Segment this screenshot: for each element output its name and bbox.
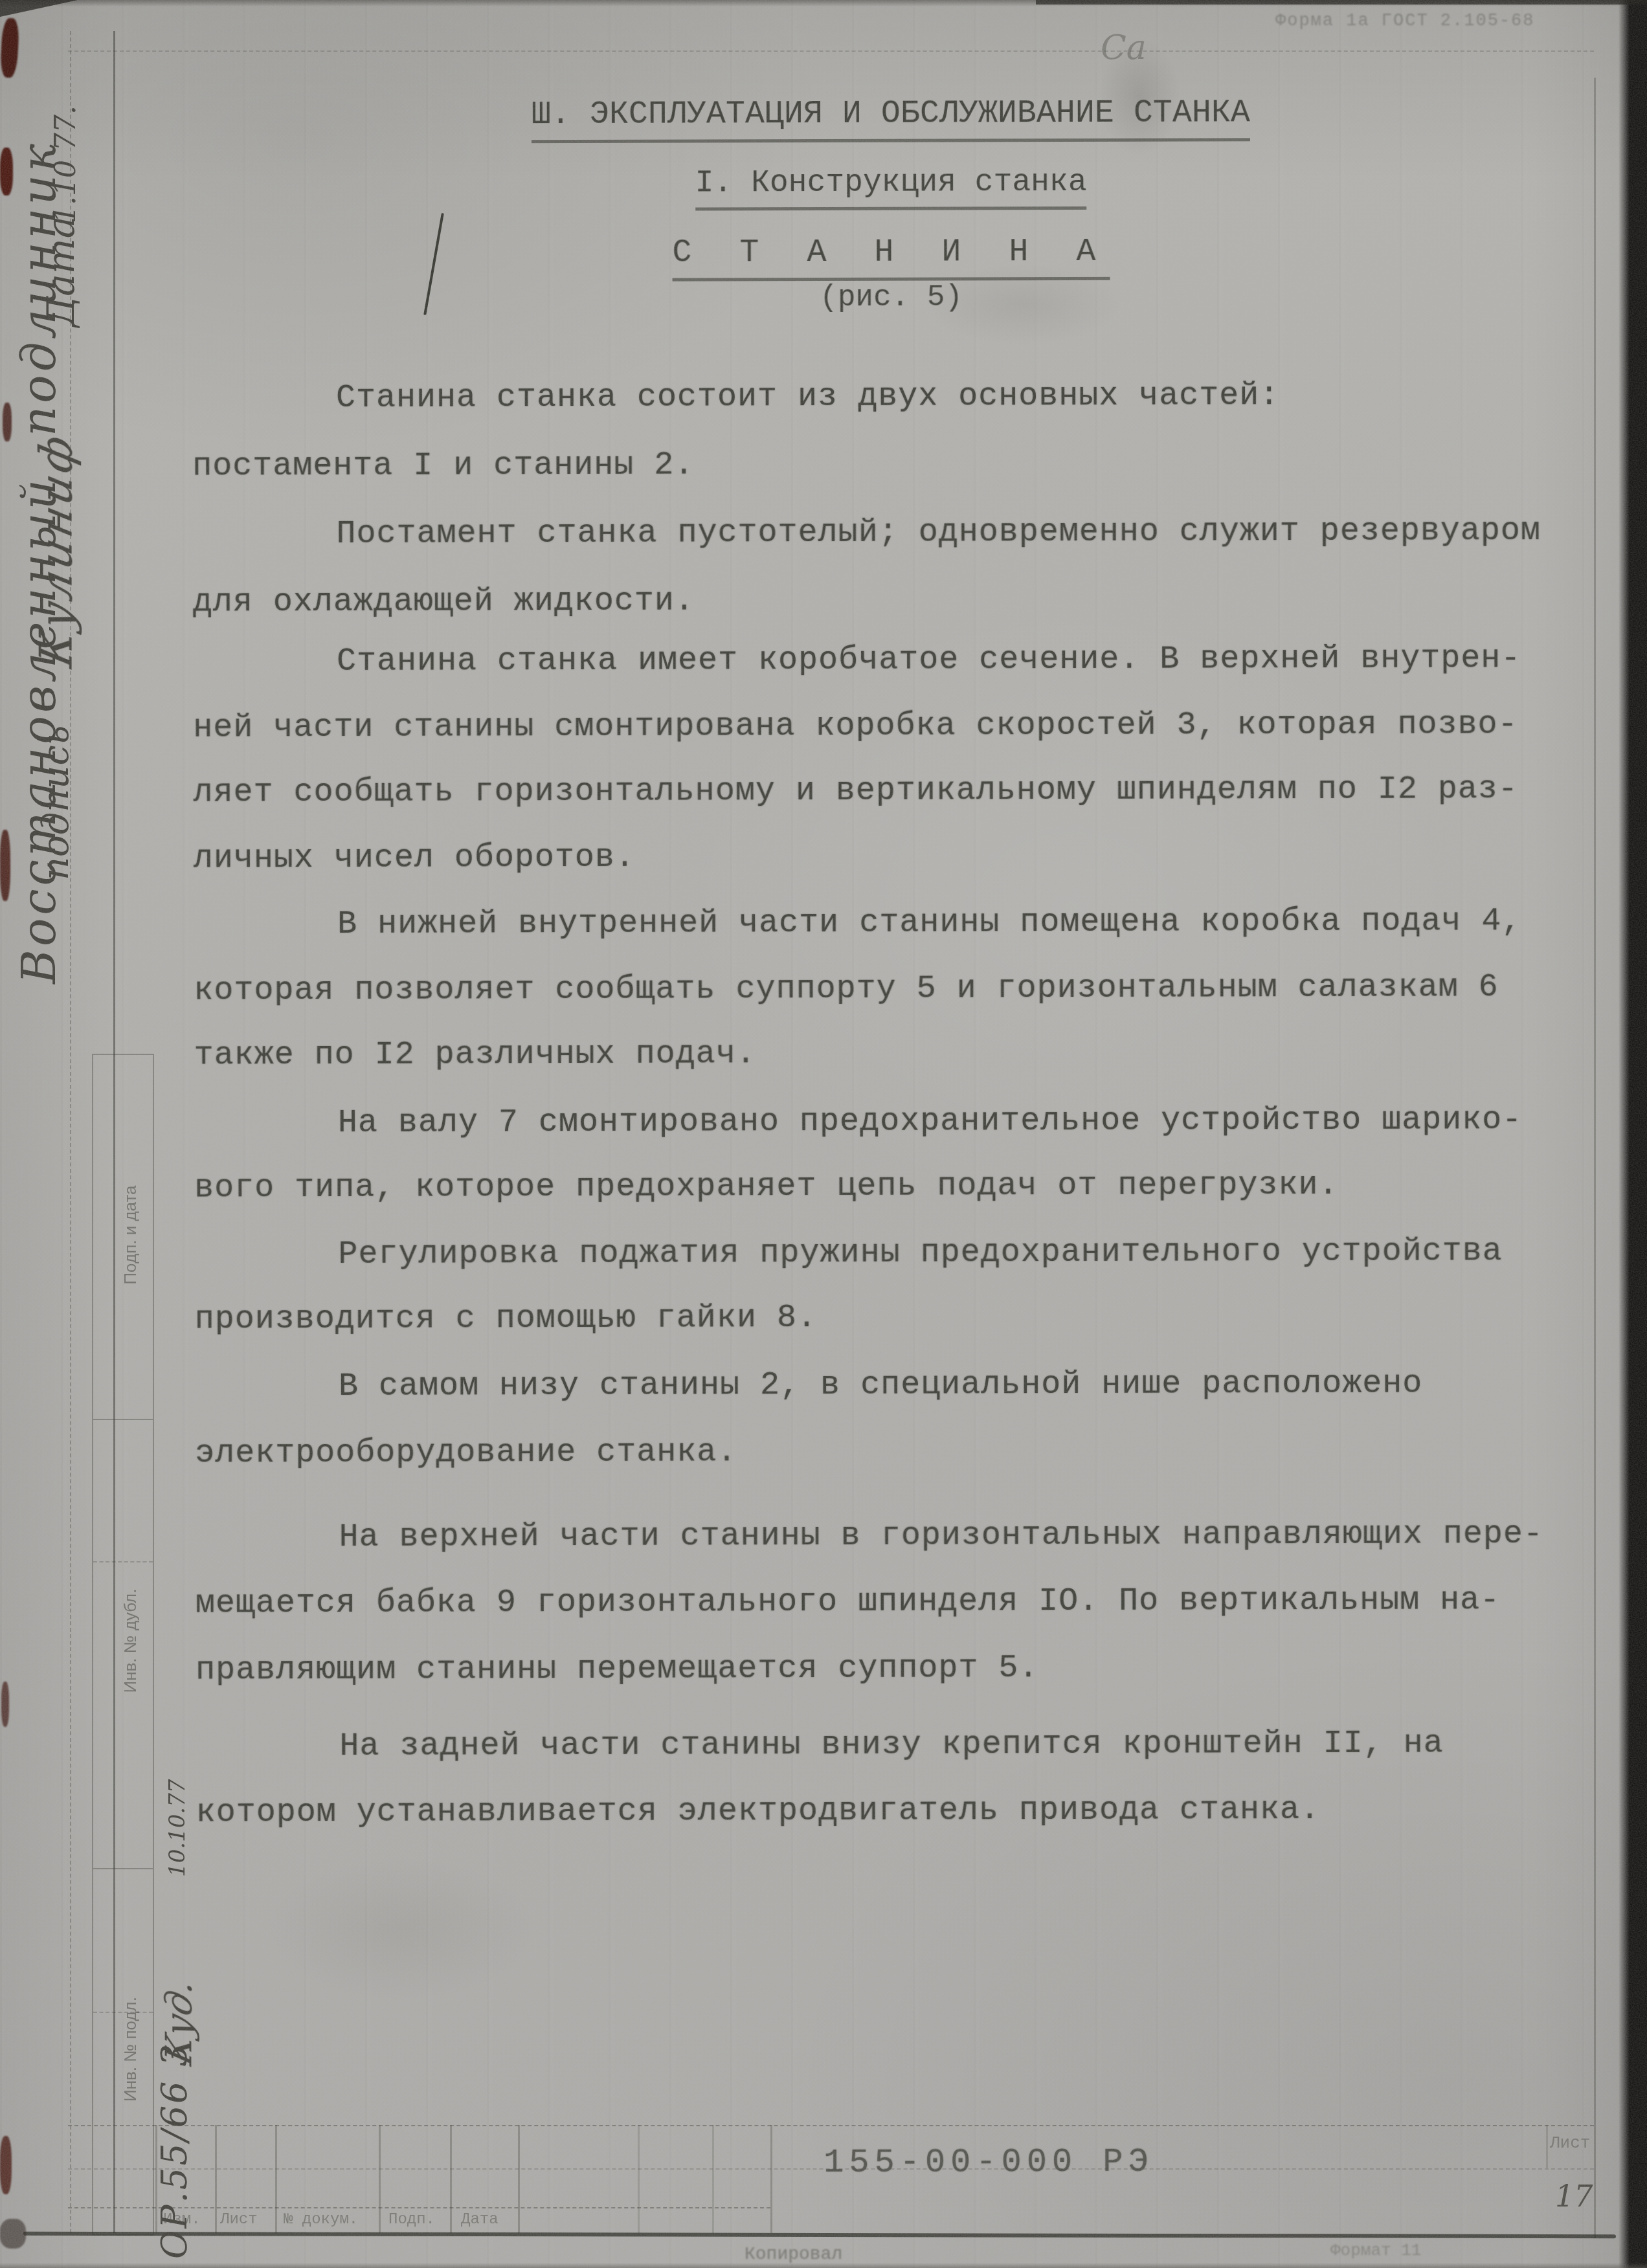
typed-line: В самом низу станины 2, в специальной ни… [195,1364,1647,1405]
edge-ink-mark [0,830,10,901]
typed-line: ней части станины смонтирована коробка с… [193,706,1591,747]
scan-edge-right [1619,0,1647,2268]
figure-reference: (рис. 5) [192,279,1591,317]
titleblock-col-list: Лист [220,2211,258,2229]
typed-line: которая позволяет сообщать суппорту 5 и … [194,969,1592,1010]
scanned-document-page: { "page": { "form_note": "Форма 1а ГОСТ … [0,0,1647,2268]
typed-line: мещается бабка 9 горизонтального шпиндел… [196,1582,1594,1623]
stamp-date: 10.10.77 [164,1779,190,1877]
subsection-title: I. Конструкция станка [192,164,1590,203]
margin-signature: Кулиниф [30,428,83,672]
edge-ink-mark [0,148,13,195]
edge-ink-mark [0,2136,12,2194]
typed-line: В нижней внутренней части станины помеще… [194,902,1647,943]
scan-edge-top-dark [1036,0,1647,5]
typed-line: производится с помощью гайки 8. [195,1298,1593,1339]
typed-line: ляет сообщать горизонтальному и вертикал… [194,771,1592,812]
typed-line: также по I2 различных подач. [194,1034,1593,1074]
typed-line: электрооборудование станка. [195,1432,1593,1473]
scan-edge-bottom [0,2263,1647,2268]
titleblock-col-data: Дата [461,2211,499,2229]
form-note: Форма 1а ГОСТ 2.105-68 [1275,12,1534,31]
typed-line: правляющим станины перемещается суппорт … [196,1649,1594,1689]
copied-label: Копировал [745,2245,842,2265]
typed-line: личных чисел оборотов. [194,837,1592,878]
typed-line: Станина станка имеет коробчатое сечение.… [193,639,1647,680]
date-label: Дата [39,216,83,327]
typed-line: вого типа, которое предохраняет цепь под… [194,1166,1593,1207]
corner-mark: Са [1101,28,1147,67]
typed-line: для охлаждающей жидкости. [193,581,1591,621]
titleblock-col-podp: Подп. [388,2211,435,2229]
sheet-label: Лист [1550,2133,1590,2153]
section-title-text: Ш. ЭКСПЛУАТАЦИЯ И ОБСЛУЖИВАНИЕ СТАНКА [532,94,1250,143]
typed-line: котором устанавливается электродвигатель… [196,1791,1595,1832]
subsection-title-text: I. Конструкция станка [695,165,1087,211]
typed-line: На валу 7 смонтировано предохранительное… [194,1101,1647,1142]
document-number: 155-00-000 РЭ [823,2142,1212,2182]
part-title: С Т А Н И Н А [192,232,1590,273]
typed-line: постамента I и станины 2. [192,445,1591,485]
typed-line: На задней части станины внизу крепится к… [196,1724,1647,1765]
typed-line: На верхней части станины в горизонтальны… [196,1515,1647,1556]
part-title-text: С Т А Н И Н А [672,234,1110,282]
date-value: 1.10 77. [49,106,82,223]
format-note: Формат 11 [1330,2241,1421,2260]
stamp-signature: Куд. [158,1975,200,2069]
titleblock-col-docnum: № докум. [284,2211,358,2229]
typed-line: Регулировка поджатия пружины предохранит… [194,1232,1647,1273]
sheet-number: 17 [1555,2179,1593,2214]
typed-line: Станина станка состоит из двух основных … [192,376,1647,417]
section-title: Ш. ЭКСПЛУАТАЦИЯ И ОБСЛУЖИВАНИЕ СТАНКА [192,94,1590,135]
typed-line: Постамент станка пустотелый; одновременн… [192,512,1647,553]
edge-ink-mark [1,1682,9,1727]
typed-text-block: Ш. ЭКСПЛУАТАЦИЯ И ОБСЛУЖИВАНИЕ СТАНКА I.… [0,0,1647,2268]
corner-smudge [0,2219,26,2249]
inventory-number-handwritten: ОР.55/66 3 [154,2042,195,2259]
signature-label: подпись [35,726,77,880]
edge-ink-mark [3,403,12,441]
